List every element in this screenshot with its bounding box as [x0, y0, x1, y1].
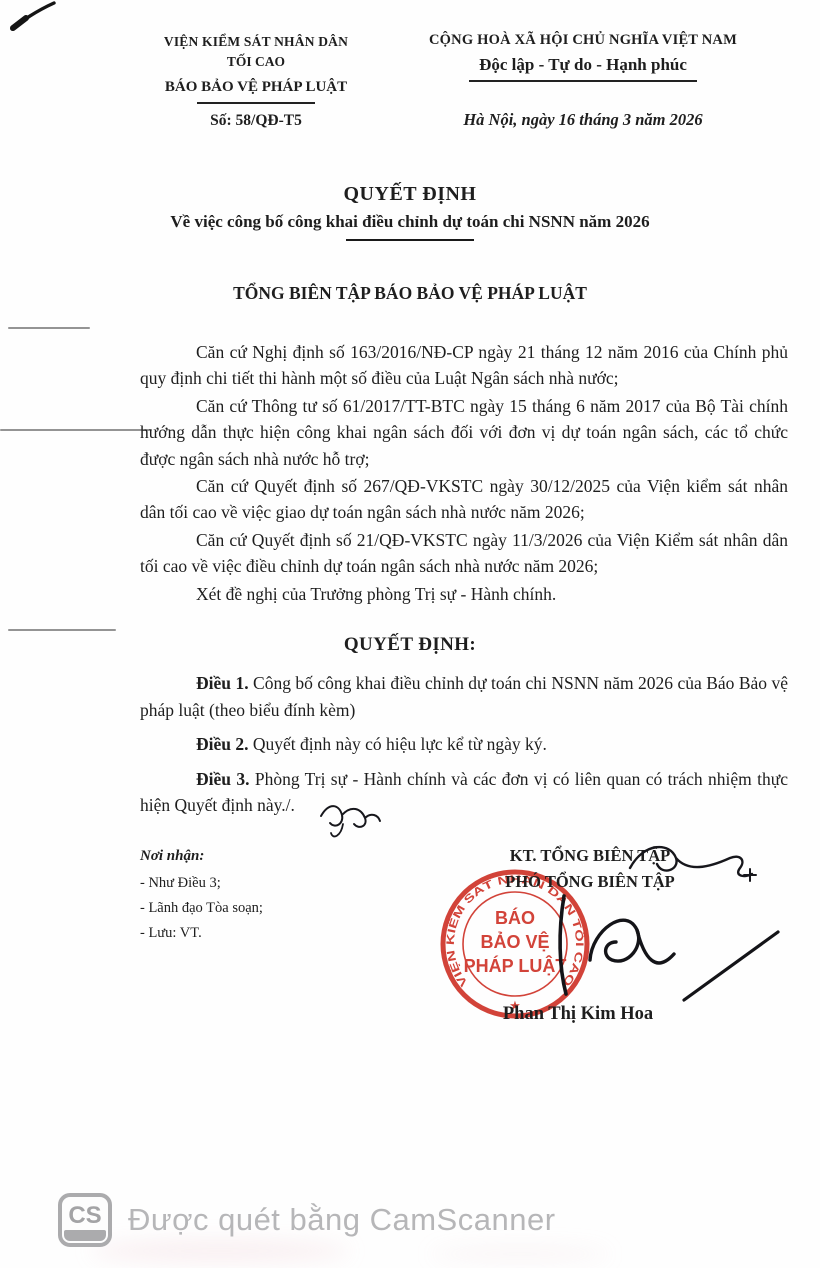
org-name: BÁO BẢO VỆ PHÁP LUẬT — [138, 77, 374, 99]
camscanner-bar: CS Được quét bằng CamScanner — [58, 1192, 556, 1248]
scan-streak — [0, 429, 152, 431]
recipient-item: - Như Điều 3; — [140, 871, 380, 896]
pen-mark — [2, 0, 62, 34]
decision-heading: QUYẾT ĐỊNH: — [0, 634, 820, 656]
motto-underline — [469, 80, 697, 82]
recipients-block: Nơi nhận: - Như Điều 3; - Lãnh đạo Tòa s… — [140, 848, 380, 946]
handwritten-squiggle — [316, 792, 386, 840]
document-title: QUYẾT ĐỊNH — [0, 183, 820, 206]
recipients-heading: Nơi nhận: — [140, 848, 380, 865]
camscanner-logo-letters: CS — [62, 1202, 108, 1230]
preamble-paragraph: Xét đề nghị của Trưởng phòng Trị sự - Hà… — [140, 581, 788, 607]
article-label: Điều 1. — [196, 673, 249, 693]
recipient-item: - Lưu: VT. — [140, 921, 380, 946]
national-motto-line1: CỘNG HOÀ XÃ HỘI CHỦ NGHĨA VIỆT NAM — [392, 30, 774, 50]
camscanner-logo-icon: CS — [58, 1193, 112, 1247]
scan-streak — [8, 327, 90, 329]
org-parent-name: VIỆN KIỂM SÁT NHÂN DÂN — [138, 32, 374, 52]
authority-line: TỔNG BIÊN TẬP BÁO BẢO VỆ PHÁP LUẬT — [0, 283, 820, 304]
preamble-paragraph: Căn cứ Quyết định số 267/QĐ-VKSTC ngày 3… — [140, 473, 788, 526]
seal-center-line1: BÁO — [495, 907, 535, 928]
scan-smudge — [430, 1246, 610, 1262]
scan-streak — [8, 629, 116, 631]
article-label: Điều 3. — [196, 769, 250, 789]
title-block: QUYẾT ĐỊNH Về việc công bố công khai điề… — [0, 183, 820, 241]
document-number: Số: 58/QĐ-T5 — [138, 110, 374, 132]
national-motto-line2: Độc lập - Tự do - Hạnh phúc — [392, 53, 774, 77]
preamble-paragraph: Căn cứ Thông tư số 61/2017/TT-BTC ngày 1… — [140, 393, 788, 472]
handwritten-signature — [538, 882, 783, 1017]
articles-block: Điều 1. Công bố công khai điều chỉnh dự … — [140, 670, 788, 827]
scanned-document-page: VIỆN KIỂM SÁT NHÂN DÂN TỐI CAO BÁO BẢO V… — [0, 0, 820, 1268]
issuing-org-block: VIỆN KIỂM SÁT NHÂN DÂN TỐI CAO BÁO BẢO V… — [138, 32, 374, 132]
initials-squiggle — [622, 836, 762, 888]
national-header-block: CỘNG HOÀ XÃ HỘI CHỦ NGHĨA VIỆT NAM Độc l… — [392, 30, 774, 131]
article-paragraph: Điều 1. Công bố công khai điều chỉnh dự … — [140, 670, 788, 723]
preamble-paragraph: Căn cứ Quyết định số 21/QĐ-VKSTC ngày 11… — [140, 527, 788, 580]
preamble-paragraph: Căn cứ Nghị định số 163/2016/NĐ-CP ngày … — [140, 339, 788, 392]
article-label: Điều 2. — [196, 734, 249, 754]
article-paragraph: Điều 2. Quyết định này có hiệu lực kể từ… — [140, 731, 788, 758]
preamble-block: Căn cứ Nghị định số 163/2016/NĐ-CP ngày … — [140, 339, 788, 608]
recipient-item: - Lãnh đạo Tòa soạn; — [140, 896, 380, 921]
article-text: Quyết định này có hiệu lực kể từ ngày ký… — [249, 734, 547, 754]
camscanner-logo-base — [64, 1230, 106, 1241]
org-parent-name-2: TỐI CAO — [138, 52, 374, 72]
signer-name: Phan Thị Kim Hoa — [428, 1004, 728, 1025]
document-subtitle: Về việc công bố công khai điều chỉnh dự … — [0, 212, 820, 232]
place-date-line: Hà Nội, ngày 16 tháng 3 năm 2026 — [392, 108, 774, 131]
org-underline — [197, 102, 315, 104]
camscanner-watermark-text: Được quét bằng CamScanner — [128, 1202, 556, 1238]
title-underline — [346, 239, 474, 241]
article-paragraph: Điều 3. Phòng Trị sự - Hành chính và các… — [140, 766, 788, 819]
